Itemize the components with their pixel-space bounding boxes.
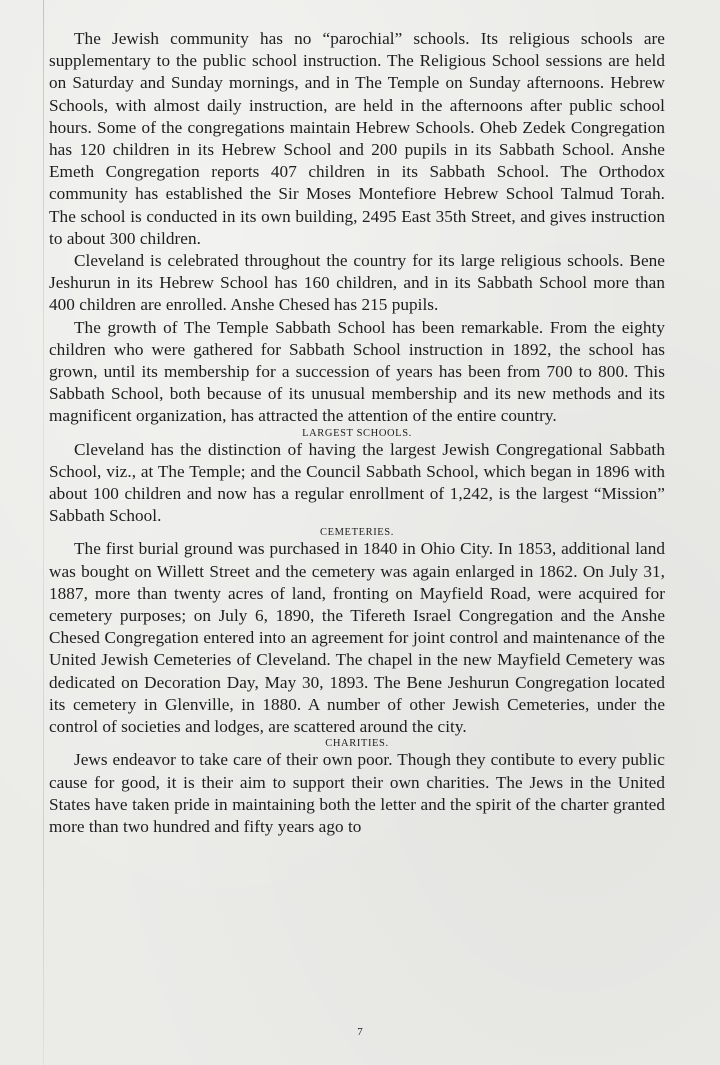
paragraph-charities: Jews endeavor to take care of their own … [49, 749, 665, 838]
page-number: 7 [0, 1026, 720, 1038]
paragraph-cemeteries: The first burial ground was purchased in… [49, 538, 665, 738]
paragraph-temple-growth: The growth of The Temple Sabbath School … [49, 317, 665, 428]
paragraph-religious-schools: The Jewish community has no “parochial” … [49, 28, 665, 250]
heading-largest-schools: LARGEST SCHOOLS. [49, 428, 665, 439]
paragraph-large-schools: Cleveland is celebrated throughout the c… [49, 250, 665, 317]
heading-charities: CHARITIES. [49, 738, 665, 749]
paragraph-largest-schools: Cleveland has the distinction of having … [49, 439, 665, 528]
scanned-page: The Jewish community has no “parochial” … [0, 0, 720, 1065]
page-body: The Jewish community has no “parochial” … [49, 28, 665, 838]
paper-fold-line [43, 0, 44, 1065]
heading-cemeteries: CEMETERIES. [49, 527, 665, 538]
